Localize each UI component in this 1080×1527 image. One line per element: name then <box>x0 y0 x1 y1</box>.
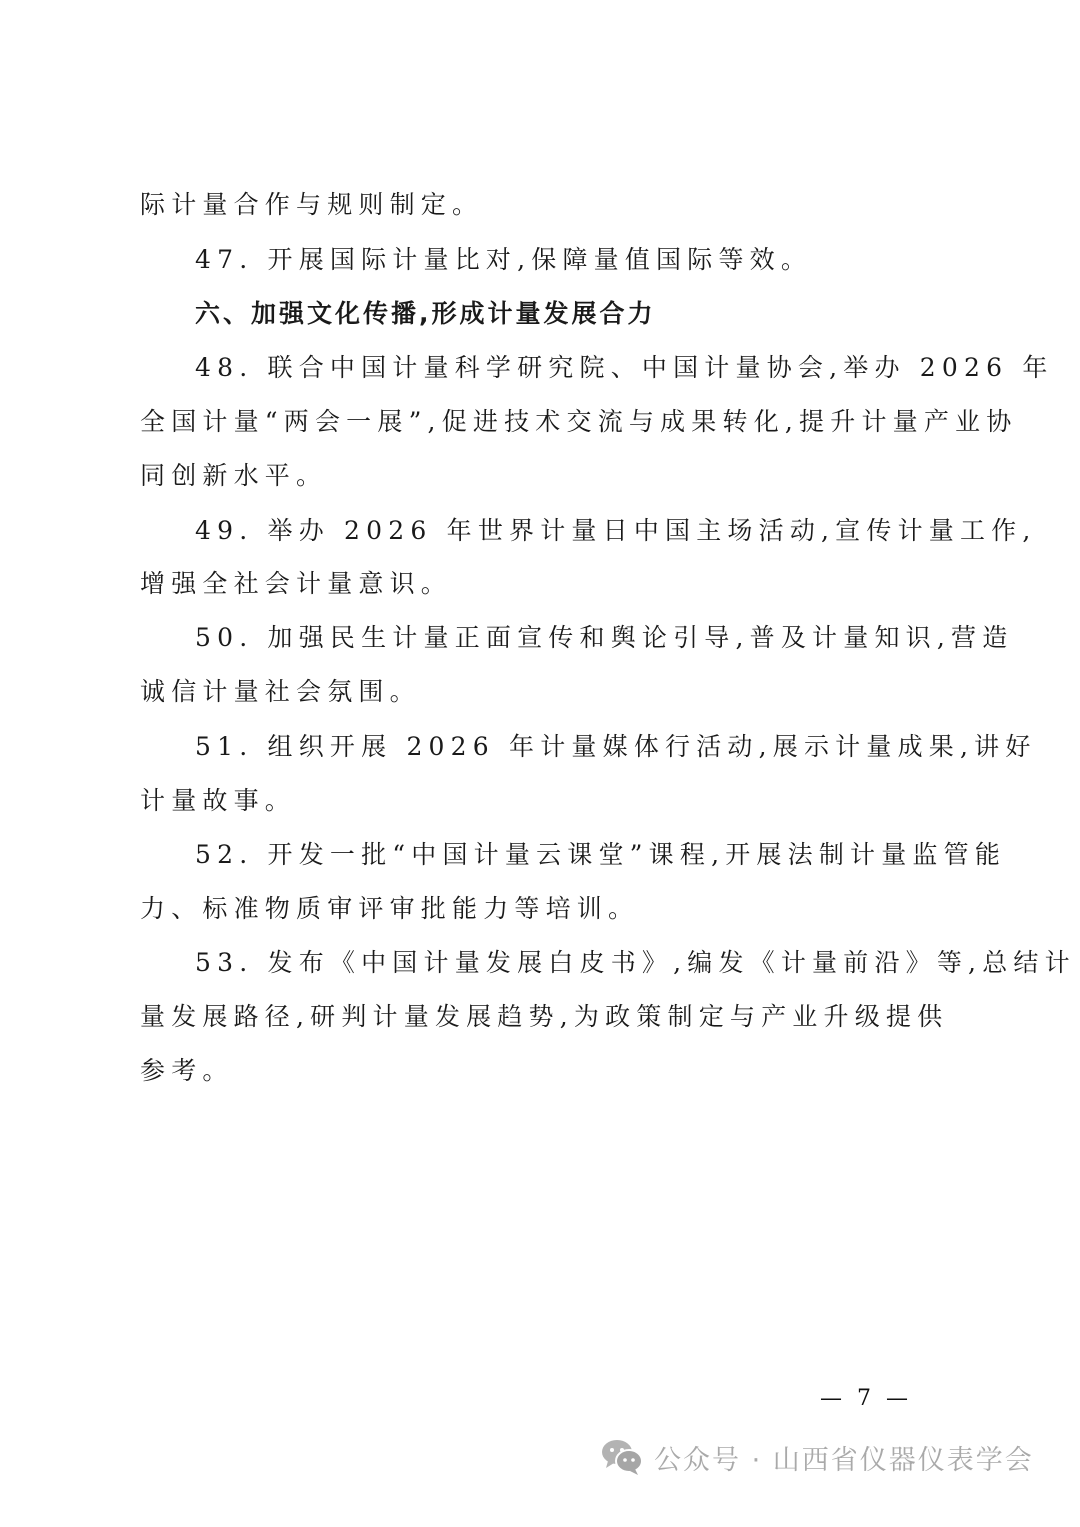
item-52: 52. 开发一批“中国计量云课堂”课程,开展法制计量监管能 <box>195 838 940 872</box>
text-line: 参考。 <box>140 1054 940 1088</box>
text-line: 诚信计量社会氛围。 <box>140 675 940 709</box>
document-page: 际计量合作与规则制定。 47. 开展国际计量比对,保障量值国际等效。 六、加强文… <box>0 0 1080 1527</box>
item-48: 48. 联合中国计量科学研究院、中国计量协会,举办 2026 年 <box>195 351 940 385</box>
text-line: 增强全社会计量意识。 <box>140 567 940 601</box>
section-heading: 六、加强文化传播,形成计量发展合力 <box>195 297 940 331</box>
text-line: 力、标准物质审评审批能力等培训。 <box>140 892 940 926</box>
wechat-icon <box>600 1437 644 1477</box>
item-47: 47. 开展国际计量比对,保障量值国际等效。 <box>195 243 940 277</box>
text-line: 量发展路径,研判计量发展趋势,为政策制定与产业升级提供 <box>140 1000 940 1034</box>
item-50: 50. 加强民生计量正面宣传和舆论引导,普及计量知识,营造 <box>195 621 940 655</box>
page-number: — 7 — <box>820 1384 912 1414</box>
item-49: 49. 举办 2026 年世界计量日中国主场活动,宣传计量工作, <box>195 514 940 548</box>
text-line: 同创新水平。 <box>140 459 940 493</box>
watermark: 公众号 · 山西省仪器仪表学会 <box>600 1432 1034 1482</box>
text-line: 全国计量“两会一展”,促进技术交流与成果转化,提升计量产业协 <box>140 405 940 439</box>
item-51: 51. 组织开展 2026 年计量媒体行活动,展示计量成果,讲好 <box>195 730 940 764</box>
item-53: 53. 发布《中国计量发展白皮书》,编发《计量前沿》等,总结计 <box>195 946 940 980</box>
text-line: 计量故事。 <box>140 784 940 818</box>
watermark-text: 公众号 · 山西省仪器仪表学会 <box>654 1438 1034 1477</box>
text-line: 际计量合作与规则制定。 <box>140 188 940 222</box>
